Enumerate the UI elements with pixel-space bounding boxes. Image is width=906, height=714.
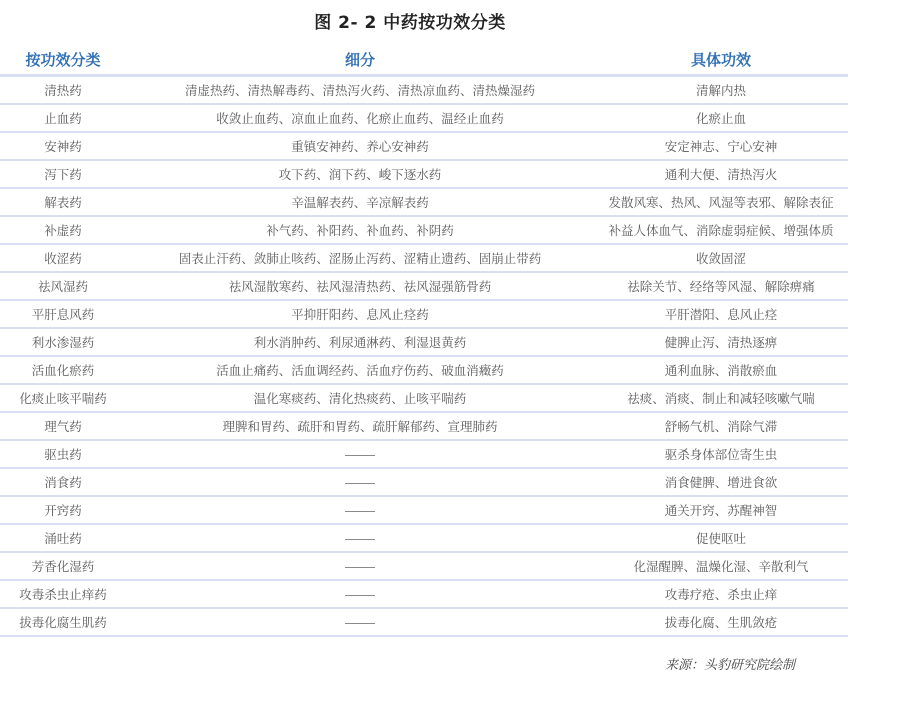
cell-subcategories [126,503,594,518]
cell-effect: 舒畅气机、消除气滞 [594,417,848,435]
table-row: 开窍药通关开窍、苏醒神智 [0,497,848,525]
cell-category: 安神药 [0,137,126,155]
header-subcategories: 细分 [126,49,594,70]
cell-category: 化痰止咳平喘药 [0,389,126,407]
cell-subcategories: 祛风湿散寒药、祛风湿清热药、祛风湿强筋骨药 [126,277,594,295]
table-row: 祛风湿药祛风湿散寒药、祛风湿清热药、祛风湿强筋骨药祛除关节、经络等风湿、解除痹痛 [0,273,848,301]
table-row: 理气药理脾和胃药、疏肝和胃药、疏肝解郁药、宣理肺药舒畅气机、消除气滞 [0,413,848,441]
cell-category: 消食药 [0,473,126,491]
cell-category: 利水渗湿药 [0,333,126,351]
cell-effect: 平肝潜阳、息风止痉 [594,305,848,323]
table-row: 清热药清虚热药、清热解毒药、清热泻火药、清热凉血药、清热燥湿药清解内热 [0,77,848,105]
header-category: 按功效分类 [0,49,126,70]
cell-effect: 健脾止泻、清热逐痹 [594,333,848,351]
table-row: 活血化瘀药活血止痛药、活血调经药、活血疗伤药、破血消癥药通利血脉、消散瘀血 [0,357,848,385]
cell-effect: 通利血脉、消散瘀血 [594,361,848,379]
cell-subcategories: 辛温解表药、辛凉解表药 [126,193,594,211]
table-row: 解表药辛温解表药、辛凉解表药发散风寒、热风、风湿等表邪、解除表征 [0,189,848,217]
table-row: 涌吐药促使呕吐 [0,525,848,553]
cell-category: 清热药 [0,81,126,99]
cell-effect: 化瘀止血 [594,109,848,127]
cell-subcategories: 活血止痛药、活血调经药、活血疗伤药、破血消癥药 [126,361,594,379]
cell-subcategories [126,475,594,490]
table-row: 收涩药固表止汗药、敛肺止咳药、涩肠止泻药、涩精止遗药、固崩止带药收敛固涩 [0,245,848,273]
cell-effect: 化湿醒脾、温燥化湿、辛散利气 [594,557,848,575]
cell-category: 芳香化湿药 [0,557,126,575]
cell-effect: 清解内热 [594,81,848,99]
figure-title: 图 2- 2 中药按功效分类 [0,8,820,33]
cell-effect: 驱杀身体部位寄生虫 [594,445,848,463]
empty-dash [345,567,375,568]
table-row: 芳香化湿药化湿醒脾、温燥化湿、辛散利气 [0,553,848,581]
cell-category: 补虚药 [0,221,126,239]
cell-effect: 收敛固涩 [594,249,848,267]
cell-category: 止血药 [0,109,126,127]
cell-effect: 通关开窍、苏醒神智 [594,501,848,519]
empty-dash [345,511,375,512]
table-row: 泻下药攻下药、润下药、峻下逐水药通利大便、清热泻火 [0,161,848,189]
cell-category: 理气药 [0,417,126,435]
header-effect: 具体功效 [594,49,848,70]
cell-effect: 攻毒疗疮、杀虫止痒 [594,585,848,603]
cell-subcategories [126,447,594,462]
cell-subcategories: 利水消肿药、利尿通淋药、利湿退黄药 [126,333,594,351]
table-row: 利水渗湿药利水消肿药、利尿通淋药、利湿退黄药健脾止泻、清热逐痹 [0,329,848,357]
cell-subcategories [126,531,594,546]
cell-category: 活血化瘀药 [0,361,126,379]
cell-subcategories [126,587,594,602]
cell-subcategories: 攻下药、润下药、峻下逐水药 [126,165,594,183]
cell-category: 驱虫药 [0,445,126,463]
cell-effect: 发散风寒、热风、风湿等表邪、解除表征 [594,193,848,211]
empty-dash [345,483,375,484]
cell-subcategories: 理脾和胃药、疏肝和胃药、疏肝解郁药、宣理肺药 [126,417,594,435]
cell-subcategories: 温化寒痰药、清化热痰药、止咳平喘药 [126,389,594,407]
empty-dash [345,455,375,456]
cell-subcategories: 收敛止血药、凉血止血药、化瘀止血药、温经止血药 [126,109,594,127]
empty-dash [345,623,375,624]
table-row: 补虚药补气药、补阳药、补血药、补阴药补益人体血气、消除虚弱症候、增强体质 [0,217,848,245]
cell-effect: 安定神志、宁心安神 [594,137,848,155]
table-row: 安神药重镇安神药、养心安神药安定神志、宁心安神 [0,133,848,161]
cell-subcategories: 清虚热药、清热解毒药、清热泻火药、清热凉血药、清热燥湿药 [126,81,594,99]
table-row: 拔毒化腐生肌药拔毒化腐、生肌敛疮 [0,609,848,637]
cell-effect: 拔毒化腐、生肌敛疮 [594,613,848,631]
cell-category: 祛风湿药 [0,277,126,295]
cell-category: 开窍药 [0,501,126,519]
source-note: 来源：头豹研究院绘制 [665,654,795,673]
cell-category: 拔毒化腐生肌药 [0,613,126,631]
cell-subcategories [126,615,594,630]
cell-category: 涌吐药 [0,529,126,547]
cell-effect: 补益人体血气、消除虚弱症候、增强体质 [594,221,848,239]
table-row: 止血药收敛止血药、凉血止血药、化瘀止血药、温经止血药化瘀止血 [0,105,848,133]
cell-category: 收涩药 [0,249,126,267]
empty-dash [345,539,375,540]
cell-effect: 消食健脾、增进食欲 [594,473,848,491]
cell-subcategories: 平抑肝阳药、息风止痉药 [126,305,594,323]
cell-category: 泻下药 [0,165,126,183]
table-row: 驱虫药驱杀身体部位寄生虫 [0,441,848,469]
cell-effect: 促使呕吐 [594,529,848,547]
table-row: 消食药消食健脾、增进食欲 [0,469,848,497]
cell-category: 攻毒杀虫止痒药 [0,585,126,603]
cell-subcategories [126,559,594,574]
table-row: 平肝息风药平抑肝阳药、息风止痉药平肝潜阳、息风止痉 [0,301,848,329]
cell-category: 平肝息风药 [0,305,126,323]
cell-category: 解表药 [0,193,126,211]
cell-subcategories: 重镇安神药、养心安神药 [126,137,594,155]
cell-effect: 通利大便、清热泻火 [594,165,848,183]
table-row: 化痰止咳平喘药温化寒痰药、清化热痰药、止咳平喘药祛痰、消痰、制止和减轻咳嗽气喘 [0,385,848,413]
cell-effect: 祛除关节、经络等风湿、解除痹痛 [594,277,848,295]
cell-subcategories: 固表止汗药、敛肺止咳药、涩肠止泻药、涩精止遗药、固崩止带药 [126,249,594,267]
cell-subcategories: 补气药、补阳药、补血药、补阴药 [126,221,594,239]
classification-table: 按功效分类 细分 具体功效 清热药清虚热药、清热解毒药、清热泻火药、清热凉血药、… [0,44,848,637]
cell-effect: 祛痰、消痰、制止和减轻咳嗽气喘 [594,389,848,407]
table-body: 清热药清虚热药、清热解毒药、清热泻火药、清热凉血药、清热燥湿药清解内热止血药收敛… [0,77,848,637]
table-row: 攻毒杀虫止痒药攻毒疗疮、杀虫止痒 [0,581,848,609]
table-header: 按功效分类 细分 具体功效 [0,44,848,77]
empty-dash [345,595,375,596]
